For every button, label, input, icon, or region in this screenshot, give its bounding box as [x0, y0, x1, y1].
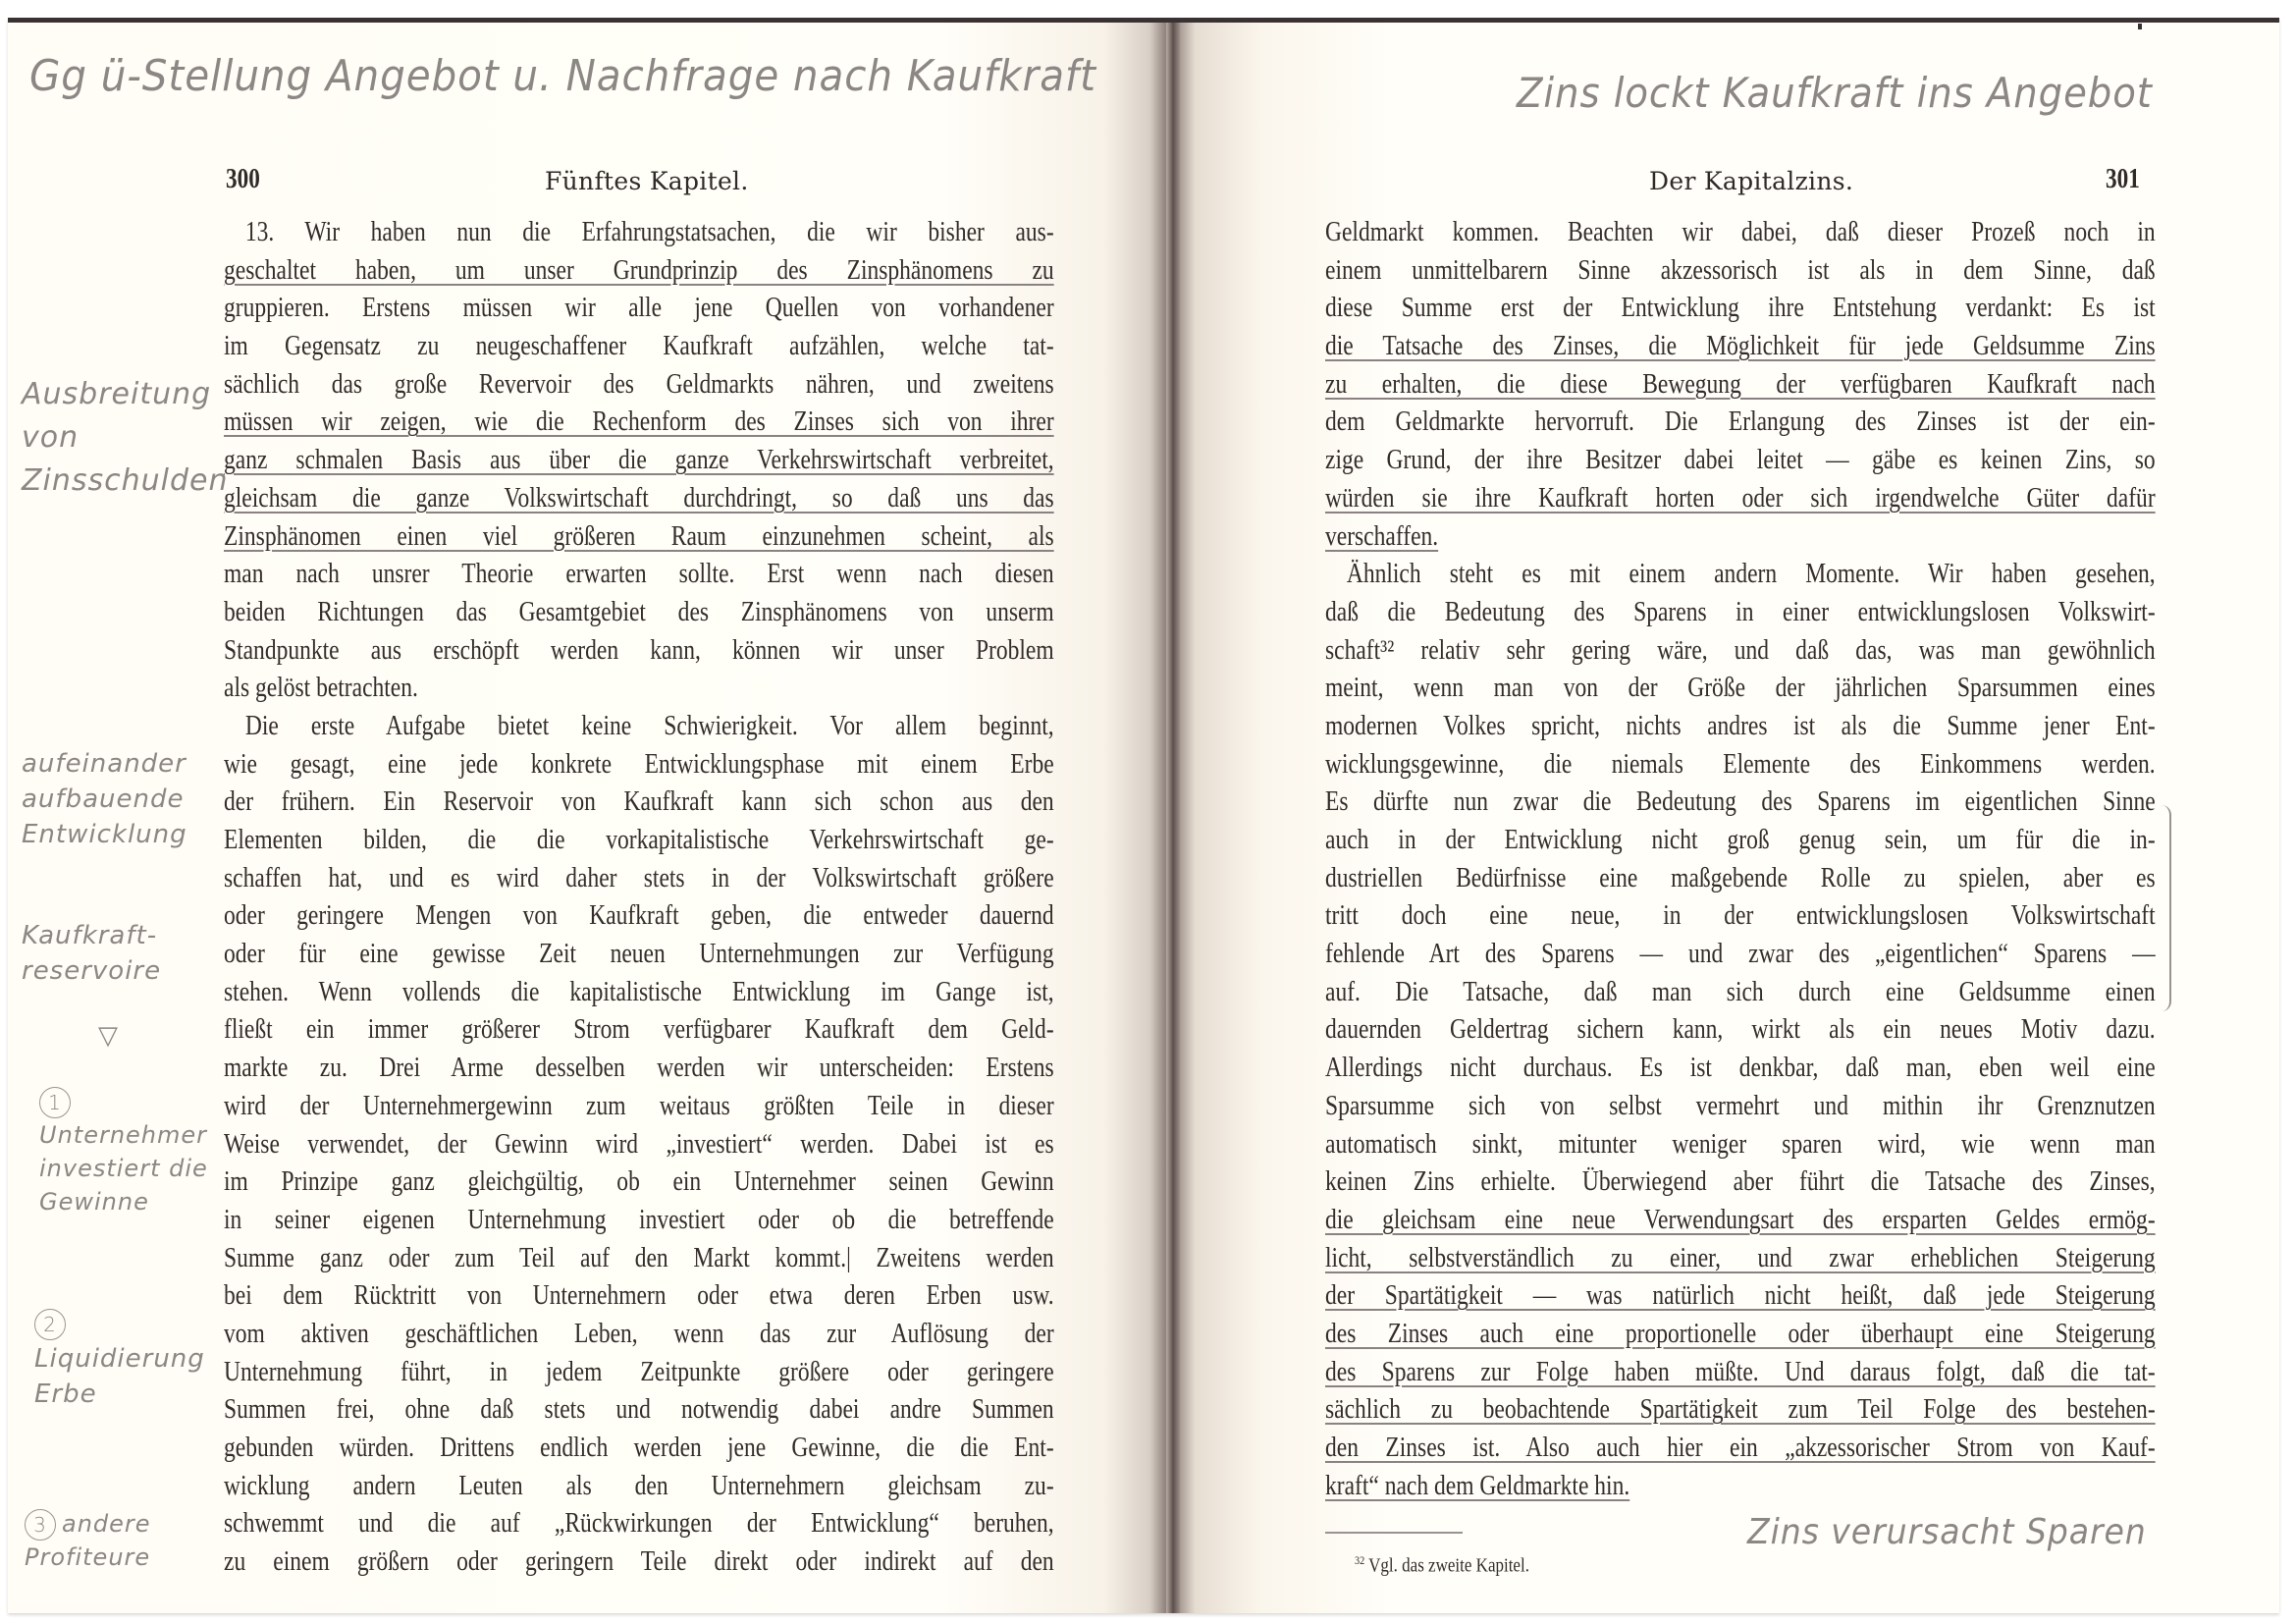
- text-line: wicklungsgewinne, die niemals Elemente d…: [1325, 746, 2156, 784]
- handwritten-header-left: Gg ü-Stellung Angebot u. Nachfrage nach …: [29, 51, 1096, 101]
- handwritten-footer-right: Zins verursacht Sparen: [1747, 1512, 2147, 1552]
- text-line: stehen. Wenn vollends die kapitalistisch…: [224, 974, 1054, 1012]
- text-line: die gleichsam eine neue Verwendungsart d…: [1325, 1202, 2156, 1240]
- page-number-right: 301: [2106, 163, 2140, 195]
- text-line: Summen frei, ohne daß stets und notwendi…: [224, 1391, 1054, 1430]
- margin-note: 3andere Profiteure: [25, 1507, 211, 1574]
- text-line: sächlich zu beobachtende Spartätigkeit z…: [1325, 1391, 2156, 1430]
- text-line: im Prinzipe ganz gleichgültig, ob ein Un…: [224, 1163, 1054, 1202]
- circled-number: 2: [34, 1309, 66, 1340]
- text-line: tritt doch eine neue, in der entwicklung…: [1325, 897, 2156, 936]
- text-line: wie gesagt, eine jede konkrete Entwicklu…: [224, 746, 1054, 784]
- text-line: der Spartätigkeit — was natürlich nicht …: [1325, 1277, 2156, 1316]
- margin-note-text: Unternehmer investiert die Gewinne: [39, 1121, 208, 1216]
- running-head-right: Der Kapitalzins.: [1649, 167, 1853, 195]
- text-line: müssen wir zeigen, wie die Rechenform de…: [224, 404, 1054, 442]
- text-line: automatisch sinkt, mitunter weniger spar…: [1325, 1126, 2156, 1164]
- text-line: auch in der Entwicklung nicht groß genug…: [1325, 822, 2156, 860]
- text-line: dustriellen Bedürfnisse eine maßgebende …: [1325, 860, 2156, 898]
- footnote-text: Vgl. das zweite Kapitel.: [1368, 1555, 1529, 1577]
- text-line: gleichsam die ganze Volkswirtschaft durc…: [224, 480, 1054, 518]
- margin-note: 1Unternehmer investiert die Gewinne: [39, 1085, 226, 1218]
- text-line: als gelöst betrachten.: [224, 670, 1054, 708]
- text-line: Standpunkte aus erschöpft werden kann, k…: [224, 632, 1054, 671]
- text-line: oder geringere Mengen von Kaufkraft gebe…: [224, 897, 1054, 936]
- running-head-left: Fünftes Kapitel.: [545, 167, 749, 195]
- text-line: in seiner eigenen Unternehmung investier…: [224, 1202, 1054, 1240]
- text-line: 13. Wir haben nun die Erfahrungstatsache…: [224, 214, 1054, 252]
- text-line: dauernden Geldertrag sichern kann, wirkt…: [1325, 1011, 2156, 1050]
- text-line: zu erhalten, die diese Bewegung der verf…: [1325, 366, 2156, 405]
- arrow-down-icon: ▽: [98, 1021, 118, 1051]
- margin-note-text: aufeinander aufbauende Entwicklung: [22, 749, 187, 849]
- text-line: man nach unsrer Theorie erwarten sollte.…: [224, 556, 1054, 594]
- text-line: bei dem Rücktritt von Unternehmern oder …: [224, 1277, 1054, 1316]
- margin-note: 2Liquidierung Erbe: [34, 1306, 221, 1412]
- margin-note: Ausbreitung von Zinsschulden: [22, 373, 218, 503]
- text-line: des Zinses auch eine proportionelle oder…: [1325, 1316, 2156, 1354]
- text-line: keinen Zins erhielte. Überwiegend aber f…: [1325, 1163, 2156, 1202]
- text-line: zu einem größern oder geringern Teile di…: [224, 1543, 1054, 1582]
- text-line: im Gegensatz zu neugeschaffener Kaufkraf…: [224, 328, 1054, 366]
- text-line: Die erste Aufgabe bietet keine Schwierig…: [224, 708, 1054, 746]
- text-line: Zinsphänomen einen viel größeren Raum ei…: [224, 518, 1054, 557]
- text-line: auf. Die Tatsache, daß man sich durch ei…: [1325, 974, 2156, 1012]
- text-line: beiden Richtungen das Gesamtgebiet des Z…: [224, 594, 1054, 632]
- footnote-rule: [1325, 1532, 1463, 1534]
- text-line: dem Geldmarkte hervorruft. Die Erlangung…: [1325, 404, 2156, 442]
- margin-note-text: Ausbreitung von Zinsschulden: [22, 377, 229, 498]
- text-line: würden sie ihre Kaufkraft horten oder si…: [1325, 480, 2156, 518]
- circled-number: 1: [39, 1087, 71, 1118]
- text-line: Ähnlich steht es mit einem andern Moment…: [1325, 556, 2156, 594]
- text-line: gebunden würden. Drittens endlich werden…: [224, 1430, 1054, 1468]
- text-line: diese Summe erst der Entwicklung ihre En…: [1325, 290, 2156, 328]
- margin-note-text: Kaufkraft-reservoire: [22, 921, 161, 986]
- text-line: ganz schmalen Basis aus über die ganze V…: [224, 442, 1054, 480]
- text-line: der frühern. Ein Reservoir von Kaufkraft…: [224, 784, 1054, 822]
- text-line: sächlich das große Revervoir des Geldmar…: [224, 366, 1054, 405]
- text-line: schaffen hat, und es wird daher stets in…: [224, 860, 1054, 898]
- text-line: oder für eine gewisse Zeit neuen Unterne…: [224, 936, 1054, 974]
- margin-bracket: [2160, 805, 2171, 1011]
- footnote: 32 Vgl. das zweite Kapitel.: [1355, 1553, 1529, 1578]
- text-line: schwemmt und die auf „Rückwirkungen der …: [224, 1505, 1054, 1543]
- text-line: licht, selbstverständlich zu einer, und …: [1325, 1240, 2156, 1278]
- scan-dot: [2138, 24, 2142, 29]
- book-gutter: [1166, 23, 1180, 1613]
- text-line: Elementen bilden, die die vorkapitalisti…: [224, 822, 1054, 860]
- text-line: vom aktiven geschäftlichen Leben, wenn d…: [224, 1316, 1054, 1354]
- handwritten-header-right: Zins lockt Kaufkraft ins Angebot: [1517, 69, 2153, 117]
- body-text-left: 13. Wir haben nun die Erfahrungstatsache…: [224, 214, 1054, 1582]
- margin-note-text: Liquidierung Erbe: [34, 1344, 205, 1409]
- text-line: daß die Bedeutung des Sparens in einer e…: [1325, 594, 2156, 632]
- text-line: Geldmarkt kommen. Beachten wir dabei, da…: [1325, 214, 2156, 252]
- text-line: Summe ganz oder zum Teil auf den Markt k…: [224, 1240, 1054, 1278]
- text-line: wird der Unternehmergewinn zum weitaus g…: [224, 1088, 1054, 1126]
- text-line: markte zu. Drei Arme desselben werden wi…: [224, 1050, 1054, 1088]
- footnote-marker: 32: [1355, 1553, 1364, 1567]
- text-line: wicklung andern Leuten als den Unternehm…: [224, 1468, 1054, 1506]
- text-line: Sparsumme sich von selbst vermehrt und m…: [1325, 1088, 2156, 1126]
- text-line: gruppieren. Erstens müssen wir alle jene…: [224, 290, 1054, 328]
- text-line: Es dürfte nun zwar die Bedeutung des Spa…: [1325, 784, 2156, 822]
- body-text-right: Geldmarkt kommen. Beachten wir dabei, da…: [1325, 214, 2156, 1505]
- text-line: verschaffen.: [1325, 518, 2156, 557]
- text-line: fehlende Art des Sparens — und zwar des …: [1325, 936, 2156, 974]
- text-line: kraft“ nach dem Geldmarkte hin.: [1325, 1468, 2156, 1506]
- text-line: den Zinses ist. Also auch hier ein „akze…: [1325, 1430, 2156, 1468]
- circled-number: 3: [25, 1509, 56, 1541]
- text-line: modernen Volkes spricht, nichts andres i…: [1325, 708, 2156, 746]
- text-line: geschaltet haben, um unser Grundprinzip …: [224, 252, 1054, 291]
- text-line: meint, wenn man von der Größe der jährli…: [1325, 670, 2156, 708]
- text-line: des Sparens zur Folge haben müßte. Und d…: [1325, 1354, 2156, 1392]
- text-line: Weise verwendet, der Gewinn wird „invest…: [224, 1126, 1054, 1164]
- text-line: schaft³² relativ sehr gering wäre, und d…: [1325, 632, 2156, 671]
- text-line: die Tatsache des Zinses, die Möglichkeit…: [1325, 328, 2156, 366]
- text-line: Unternehmung führt, in jedem Zeitpunkte …: [224, 1354, 1054, 1392]
- text-line: Allerdings nicht durchaus. Es ist denkba…: [1325, 1050, 2156, 1088]
- margin-note: aufeinander aufbauende Entwicklung: [22, 746, 208, 852]
- text-line: zige Grund, der ihre Besitzer dabei leit…: [1325, 442, 2156, 480]
- text-line: fließt ein immer größerer Strom verfügba…: [224, 1011, 1054, 1050]
- page-number-left: 300: [226, 163, 260, 195]
- margin-note: Kaufkraft-reservoire: [22, 918, 218, 989]
- text-line: einem unmittelbarern Sinne akzessorisch …: [1325, 252, 2156, 291]
